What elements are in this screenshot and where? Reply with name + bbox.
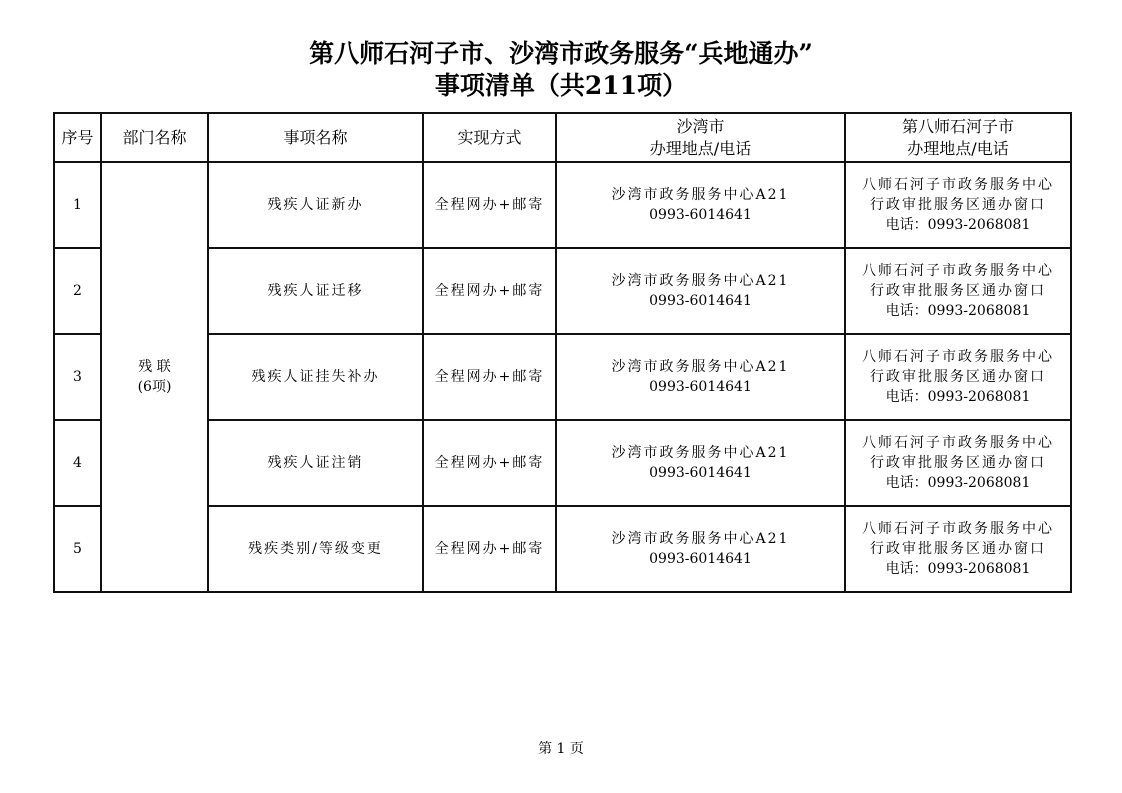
header-shihezi: 第八师石河子市 办理地点/电话 — [845, 113, 1071, 162]
method: 全程网办+邮寄 — [423, 334, 556, 420]
shihezi-place-1: 八师石河子市政务服务中心 — [846, 175, 1070, 195]
shihezi-phone: 电话：0993-2068081 — [846, 473, 1070, 493]
shihezi-phone: 电话：0993-2068081 — [846, 215, 1070, 235]
shihezi-phone: 电话：0993-2068081 — [846, 559, 1070, 579]
shihezi-place-2: 行政审批服务区通办窗口 — [846, 453, 1070, 473]
matter-name: 残疾人证注销 — [208, 420, 423, 506]
shihezi-phone: 电话：0993-2068081 — [846, 301, 1070, 321]
shihezi-place-2: 行政审批服务区通办窗口 — [846, 367, 1070, 387]
header-index: 序号 — [54, 113, 101, 162]
shihezi-place-1: 八师石河子市政务服务中心 — [846, 433, 1070, 453]
shawan-place: 沙湾市政务服务中心A21 — [557, 271, 844, 291]
shawan-phone: 0993-6014641 — [557, 205, 844, 225]
shihezi-phone: 电话：0993-2068081 — [846, 387, 1070, 407]
table-row: 1 残 联 (6项) 残疾人证新办 全程网办+邮寄 沙湾市政务服务中心A21 0… — [54, 162, 1071, 248]
method: 全程网办+邮寄 — [423, 420, 556, 506]
page-number: 第 1 页 — [0, 738, 1122, 758]
shawan-location: 沙湾市政务服务中心A21 0993-6014641 — [556, 162, 845, 248]
shihezi-place-2: 行政审批服务区通办窗口 — [846, 195, 1070, 215]
shawan-place: 沙湾市政务服务中心A21 — [557, 185, 844, 205]
document-title: 第八师石河子市、沙湾市政务服务“兵地通办” 事项清单（共211项） — [0, 38, 1122, 102]
title-line-1: 第八师石河子市、沙湾市政务服务“兵地通办” — [0, 38, 1122, 70]
header-shawan-place: 办理地点/电话 — [557, 138, 844, 160]
header-shawan-city: 沙湾市 — [557, 116, 844, 138]
shawan-location: 沙湾市政务服务中心A21 0993-6014641 — [556, 420, 845, 506]
shihezi-location: 八师石河子市政务服务中心 行政审批服务区通办窗口 电话：0993-2068081 — [845, 506, 1071, 592]
shawan-phone: 0993-6014641 — [557, 549, 844, 569]
shihezi-location: 八师石河子市政务服务中心 行政审批服务区通办窗口 电话：0993-2068081 — [845, 248, 1071, 334]
header-shihezi-city: 第八师石河子市 — [846, 116, 1070, 138]
shawan-place: 沙湾市政务服务中心A21 — [557, 357, 844, 377]
department-cell: 残 联 (6项) — [101, 162, 208, 592]
row-index: 4 — [54, 420, 101, 506]
shihezi-location: 八师石河子市政务服务中心 行政审批服务区通办窗口 电话：0993-2068081 — [845, 334, 1071, 420]
title-line-2: 事项清单（共211项） — [0, 70, 1122, 102]
shihezi-location: 八师石河子市政务服务中心 行政审批服务区通办窗口 电话：0993-2068081 — [845, 162, 1071, 248]
matter-name: 残疾人证迁移 — [208, 248, 423, 334]
row-index: 5 — [54, 506, 101, 592]
department-name: 残 联 — [102, 357, 207, 377]
shawan-location: 沙湾市政务服务中心A21 0993-6014641 — [556, 334, 845, 420]
method: 全程网办+邮寄 — [423, 162, 556, 248]
matter-name: 残疾类别/等级变更 — [208, 506, 423, 592]
shawan-place: 沙湾市政务服务中心A21 — [557, 443, 844, 463]
row-index: 2 — [54, 248, 101, 334]
shawan-location: 沙湾市政务服务中心A21 0993-6014641 — [556, 248, 845, 334]
matter-name: 残疾人证挂失补办 — [208, 334, 423, 420]
shawan-phone: 0993-6014641 — [557, 377, 844, 397]
matters-table: 序号 部门名称 事项名称 实现方式 沙湾市 办理地点/电话 第八师石河子市 办理… — [53, 112, 1072, 593]
header-department: 部门名称 — [101, 113, 208, 162]
method: 全程网办+邮寄 — [423, 506, 556, 592]
header-method: 实现方式 — [423, 113, 556, 162]
department-count: (6项) — [102, 377, 207, 397]
header-shawan: 沙湾市 办理地点/电话 — [556, 113, 845, 162]
shihezi-place-1: 八师石河子市政务服务中心 — [846, 347, 1070, 367]
shawan-phone: 0993-6014641 — [557, 291, 844, 311]
shihezi-place-1: 八师石河子市政务服务中心 — [846, 519, 1070, 539]
shihezi-location: 八师石河子市政务服务中心 行政审批服务区通办窗口 电话：0993-2068081 — [845, 420, 1071, 506]
shawan-phone: 0993-6014641 — [557, 463, 844, 483]
shawan-location: 沙湾市政务服务中心A21 0993-6014641 — [556, 506, 845, 592]
shihezi-place-2: 行政审批服务区通办窗口 — [846, 281, 1070, 301]
row-index: 1 — [54, 162, 101, 248]
method: 全程网办+邮寄 — [423, 248, 556, 334]
shihezi-place-2: 行政审批服务区通办窗口 — [846, 539, 1070, 559]
header-matter: 事项名称 — [208, 113, 423, 162]
shihezi-place-1: 八师石河子市政务服务中心 — [846, 261, 1070, 281]
matter-name: 残疾人证新办 — [208, 162, 423, 248]
row-index: 3 — [54, 334, 101, 420]
shawan-place: 沙湾市政务服务中心A21 — [557, 529, 844, 549]
table-header-row: 序号 部门名称 事项名称 实现方式 沙湾市 办理地点/电话 第八师石河子市 办理… — [54, 113, 1071, 162]
header-shihezi-place: 办理地点/电话 — [846, 138, 1070, 160]
